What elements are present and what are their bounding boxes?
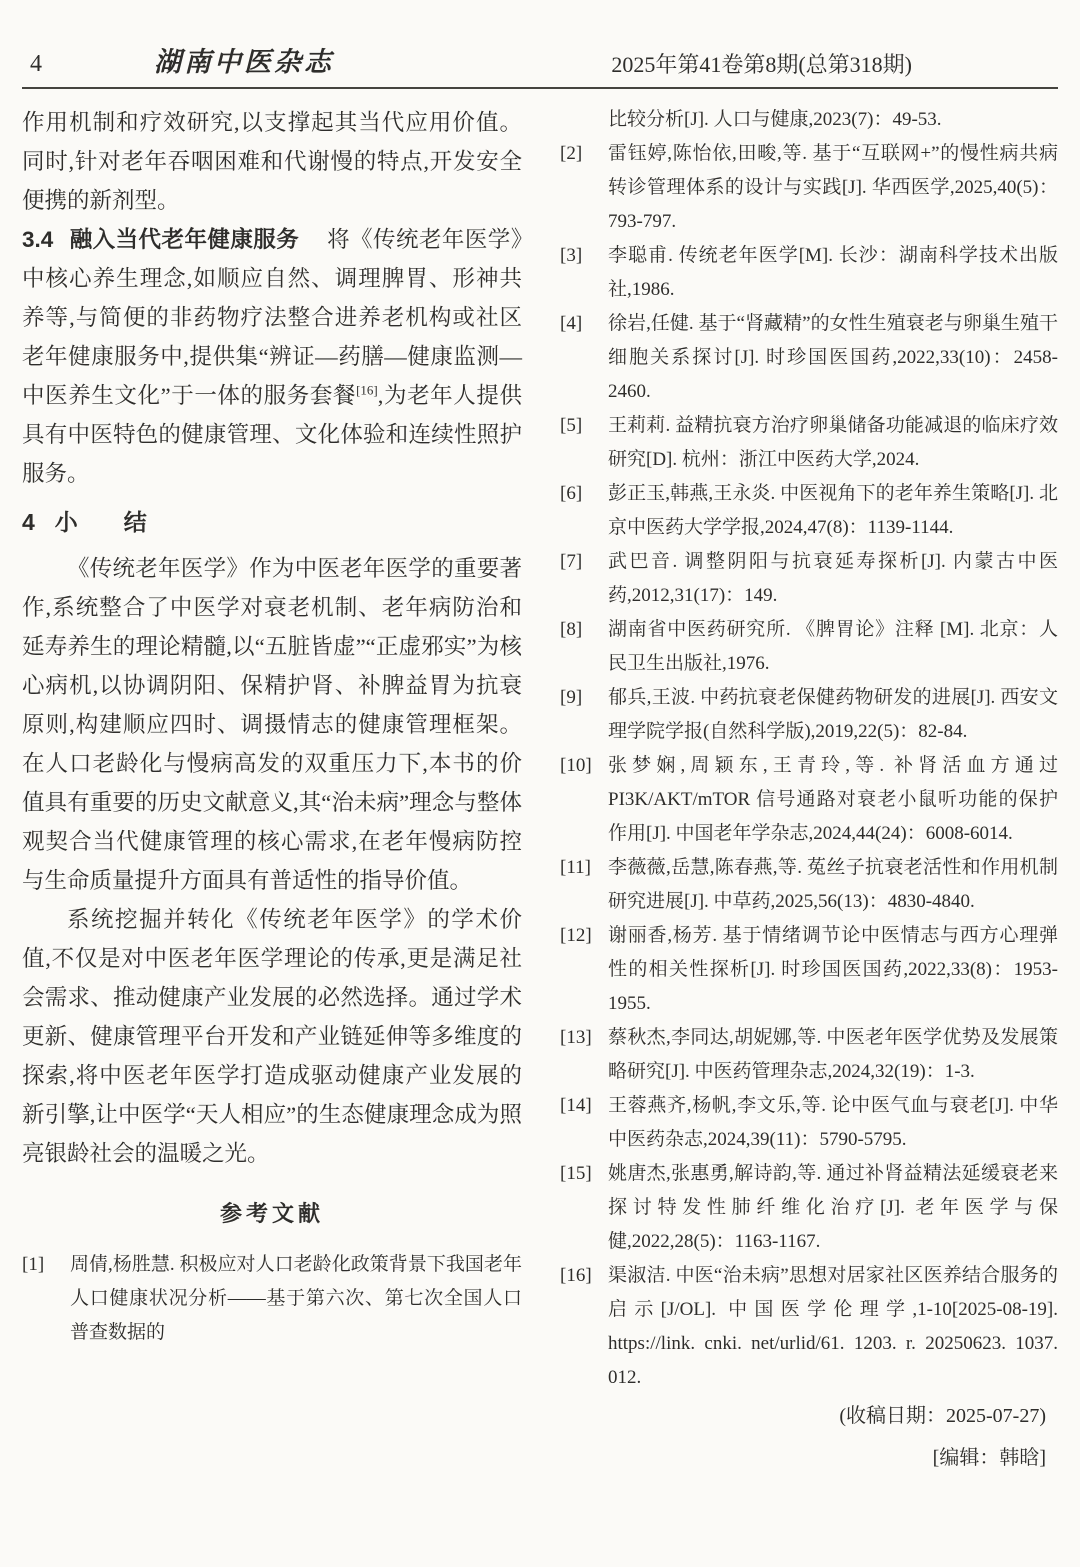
reference-text: 渠淑洁. 中医“治未病”思想对居家社区医养结合服务的启示[J/OL]. 中国医学… bbox=[608, 1265, 1058, 1388]
reference-label: [13] bbox=[560, 1021, 592, 1055]
reference-text: 蔡秋杰,李同达,胡妮娜,等. 中医老年医学优势及发展策略研究[J]. 中医药管理… bbox=[608, 1027, 1058, 1082]
left-column: 作用机制和疗效研究,以支撑起其当代应用价值。同时,针对老年吞咽困难和代谢慢的特点… bbox=[22, 103, 522, 1479]
journal-page: 4 湖南中医杂志 2025年第41卷第8期(总第318期) 作用机制和疗效研究,… bbox=[0, 0, 1080, 1567]
reference-item-11: [11] 李薇薇,岳慧,陈春燕,等. 菟丝子抗衰老活性和作用机制研究进展[J].… bbox=[560, 851, 1058, 919]
reference-label: [7] bbox=[560, 545, 582, 579]
reference-text: 雷钰婷,陈怡依,田畯,等. 基于“互联网+”的慢性病共病转诊管理体系的设计与实践… bbox=[608, 143, 1058, 232]
references-heading: 参考文献 bbox=[22, 1197, 522, 1228]
reference-item-1: [1] 周倩,杨胜慧. 积极应对人口老龄化政策背景下我国老年人口健康状况分析——… bbox=[22, 1248, 522, 1350]
reference-item-14: [14] 王蓉燕齐,杨帆,李文乐,等. 论中医气血与衰老[J]. 中华中医药杂志… bbox=[560, 1089, 1058, 1157]
summary-paragraph-2: 系统挖掘并转化《传统老年医学》的学术价值,不仅是对中医老年医学理论的传承,更是满… bbox=[22, 900, 522, 1173]
reference-item-13: [13] 蔡秋杰,李同达,胡妮娜,等. 中医老年医学优势及发展策略研究[J]. … bbox=[560, 1021, 1058, 1089]
reference-item-10: [10] 张梦娴,周颖东,王青玲,等. 补肾活血方通过 PI3K/AKT/mTO… bbox=[560, 749, 1058, 851]
reference-text: 湖南省中医药研究所. 《脾胃论》注释 [M]. 北京：人民卫生出版社,1976. bbox=[608, 619, 1058, 674]
reference-item-9: [9] 郁兵,王波. 中药抗衰老保健药物研发的进展[J]. 西安文理学院学报(自… bbox=[560, 681, 1058, 749]
page-header: 4 湖南中医杂志 2025年第41卷第8期(总第318期) bbox=[0, 0, 1080, 76]
page-number: 4 bbox=[30, 52, 42, 76]
journal-title-calligraphy: 湖南中医杂志 bbox=[154, 49, 334, 76]
reference-label: [5] bbox=[560, 409, 582, 443]
reference-label: [10] bbox=[560, 749, 592, 783]
reference-label: [4] bbox=[560, 307, 582, 341]
reference-item-12: [12] 谢丽香,杨芳. 基于情绪调节论中医情志与西方心理弹性的相关性探析[J]… bbox=[560, 919, 1058, 1021]
reference-text: 谢丽香,杨芳. 基于情绪调节论中医情志与西方心理弹性的相关性探析[J]. 时珍国… bbox=[608, 925, 1058, 1014]
reference-label: [11] bbox=[560, 851, 591, 885]
reference-item-6: [6] 彭正玉,韩燕,王永炎. 中医视角下的老年养生策略[J]. 北京中医药大学… bbox=[560, 477, 1058, 545]
reference-text: 李薇薇,岳慧,陈春燕,等. 菟丝子抗衰老活性和作用机制研究进展[J]. 中草药,… bbox=[608, 857, 1058, 912]
reference-item-4: [4] 徐岩,任健. 基于“肾藏精”的女性生殖衰老与卵巢生殖干细胞关系探讨[J]… bbox=[560, 307, 1058, 409]
reference-label: [6] bbox=[560, 477, 582, 511]
reference-label: [14] bbox=[560, 1089, 592, 1123]
reference-text: 张梦娴,周颖东,王青玲,等. 补肾活血方通过 PI3K/AKT/mTOR 信号通… bbox=[608, 755, 1058, 844]
reference-label: [1] bbox=[22, 1248, 44, 1282]
reference-item-15: [15] 姚唐杰,张惠勇,解诗韵,等. 通过补肾益精法延缓衰老来探讨特发性肺纤维… bbox=[560, 1157, 1058, 1259]
reference-text: 徐岩,任健. 基于“肾藏精”的女性生殖衰老与卵巢生殖干细胞关系探讨[J]. 时珍… bbox=[608, 313, 1058, 402]
reference-item-3: [3] 李聪甫. 传统老年医学[M]. 长沙：湖南科学技术出版社,1986. bbox=[560, 239, 1058, 307]
section-3-4-number: 3.4 bbox=[22, 227, 53, 252]
section-4-heading: 4小 结 bbox=[22, 502, 522, 542]
received-date: (收稿日期：2025-07-27) bbox=[560, 1395, 1058, 1437]
reference-text: 王蓉燕齐,杨帆,李文乐,等. 论中医气血与衰老[J]. 中华中医药杂志,2024… bbox=[608, 1095, 1058, 1150]
section-3-4-paragraph: 3.4融入当代老年健康服务将《传统老年医学》中核心养生理念,如顺应自然、调理脾胃… bbox=[22, 220, 522, 493]
reference-label: [8] bbox=[560, 613, 582, 647]
reference-item-2: [2] 雷钰婷,陈怡依,田畯,等. 基于“互联网+”的慢性病共病转诊管理体系的设… bbox=[560, 137, 1058, 239]
reference-item-7: [7] 武巴音. 调整阴阳与抗衰延寿探析[J]. 内蒙古中医药,2012,31(… bbox=[560, 545, 1058, 613]
reference-item-8: [8] 湖南省中医药研究所. 《脾胃论》注释 [M]. 北京：人民卫生出版社,1… bbox=[560, 613, 1058, 681]
reference-label: [2] bbox=[560, 137, 582, 171]
reference-label: [16] bbox=[560, 1259, 592, 1293]
section-4-number: 4 bbox=[22, 509, 35, 535]
reference-text: 李聪甫. 传统老年医学[M]. 长沙：湖南科学技术出版社,1986. bbox=[608, 245, 1058, 300]
right-column: 比较分析[J]. 人口与健康,2023(7)：49-53. [2] 雷钰婷,陈怡… bbox=[560, 103, 1058, 1479]
section-3-4-title: 融入当代老年健康服务 bbox=[69, 227, 299, 252]
reference-text: 彭正玉,韩燕,王永炎. 中医视角下的老年养生策略[J]. 北京中医药大学学报,2… bbox=[608, 483, 1058, 538]
summary-paragraph-1: 《传统老年医学》作为中医老年医学的重要著作,系统整合了中医学对衰老机制、老年病防… bbox=[22, 549, 522, 900]
two-column-layout: 作用机制和疗效研究,以支撑起其当代应用价值。同时,针对老年吞咽困难和代谢慢的特点… bbox=[0, 89, 1080, 1479]
reference-label: [15] bbox=[560, 1157, 592, 1191]
reference-label: [9] bbox=[560, 681, 582, 715]
reference-label: [3] bbox=[560, 239, 582, 273]
intro-paragraph: 作用机制和疗效研究,以支撑起其当代应用价值。同时,针对老年吞咽困难和代谢慢的特点… bbox=[22, 103, 522, 220]
citation-superscript-16: [16] bbox=[356, 383, 378, 398]
editor-note: [编辑：韩晗] bbox=[560, 1437, 1058, 1479]
reference-text: 武巴音. 调整阴阳与抗衰延寿探析[J]. 内蒙古中医药,2012,31(17)：… bbox=[608, 551, 1058, 606]
section-4-title: 小 结 bbox=[55, 509, 147, 535]
reference-text: 王莉莉. 益精抗衰方治疗卵巢储备功能减退的临床疗效研究[D]. 杭州：浙江中医药… bbox=[608, 415, 1058, 470]
reference-1-continuation: 比较分析[J]. 人口与健康,2023(7)：49-53. bbox=[560, 103, 1058, 137]
reference-item-5: [5] 王莉莉. 益精抗衰方治疗卵巢储备功能减退的临床疗效研究[D]. 杭州：浙… bbox=[560, 409, 1058, 477]
reference-label: [12] bbox=[560, 919, 592, 953]
section-3-4-text-before-citation: 将《传统老年医学》中核心养生理念,如顺应自然、调理脾胃、形神共养等,与简便的非药… bbox=[22, 227, 522, 408]
reference-text: 周倩,杨胜慧. 积极应对人口老龄化政策背景下我国老年人口健康状况分析——基于第六… bbox=[70, 1254, 522, 1343]
reference-text: 姚唐杰,张惠勇,解诗韵,等. 通过补肾益精法延缓衰老来探讨特发性肺纤维化治疗[J… bbox=[608, 1163, 1058, 1252]
reference-text: 郁兵,王波. 中药抗衰老保健药物研发的进展[J]. 西安文理学院学报(自然科学版… bbox=[608, 687, 1058, 742]
issue-info: 2025年第41卷第8期(总第318期) bbox=[611, 54, 912, 76]
reference-item-16: [16] 渠淑洁. 中医“治未病”思想对居家社区医养结合服务的启示[J/OL].… bbox=[560, 1259, 1058, 1395]
